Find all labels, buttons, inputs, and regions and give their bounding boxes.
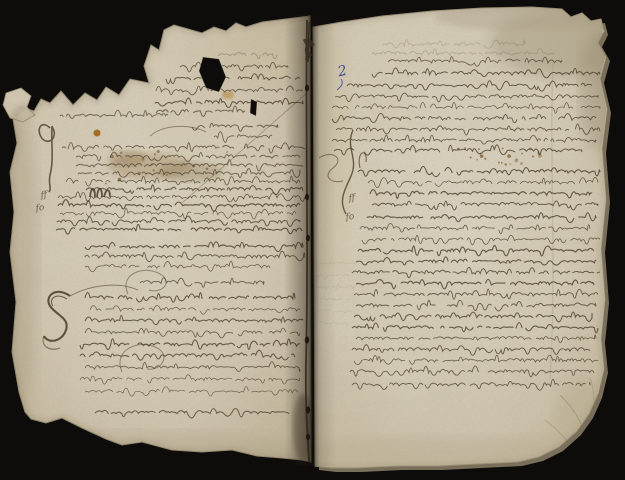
stain-speckle [480, 154, 484, 158]
margin-mark: fo [34, 203, 46, 214]
margin-mark: fo [344, 212, 356, 223]
stain-speckle [226, 151, 228, 153]
stain-speckle [120, 152, 122, 154]
stain-speckle [520, 162, 523, 165]
stain-speckle [470, 157, 472, 159]
wax-stain-dot [94, 130, 101, 137]
stain-speckle [157, 150, 160, 153]
manuscript-photo: fffo 2 [0, 0, 625, 480]
stain-speckle [105, 183, 107, 185]
stain-speckle [509, 163, 510, 164]
stain-speckle [478, 148, 480, 150]
stain-speckle [532, 156, 534, 158]
stain-speckle [153, 169, 155, 171]
stain-speckle [498, 162, 500, 164]
gutter-shadow [284, 14, 336, 466]
stain-speckle [154, 153, 156, 155]
right-page: fffo 2 [300, 0, 625, 480]
stain-speckle [514, 159, 518, 163]
stain-speckle [142, 158, 145, 161]
stain-speckle [501, 162, 503, 164]
binding-gutter [284, 14, 336, 466]
stain-speckle [521, 153, 523, 155]
stain-speckle [502, 148, 504, 150]
stain-speckle [484, 158, 486, 160]
stain-speckle [206, 168, 209, 171]
tear-hole [250, 99, 257, 116]
stain-speckle [504, 163, 506, 165]
manuscript-image: fffo 2 [0, 0, 625, 480]
stain-speckle [476, 159, 478, 161]
stain-speckle [166, 174, 168, 176]
stain-speckle [121, 157, 123, 159]
stain-speckle [507, 154, 511, 158]
